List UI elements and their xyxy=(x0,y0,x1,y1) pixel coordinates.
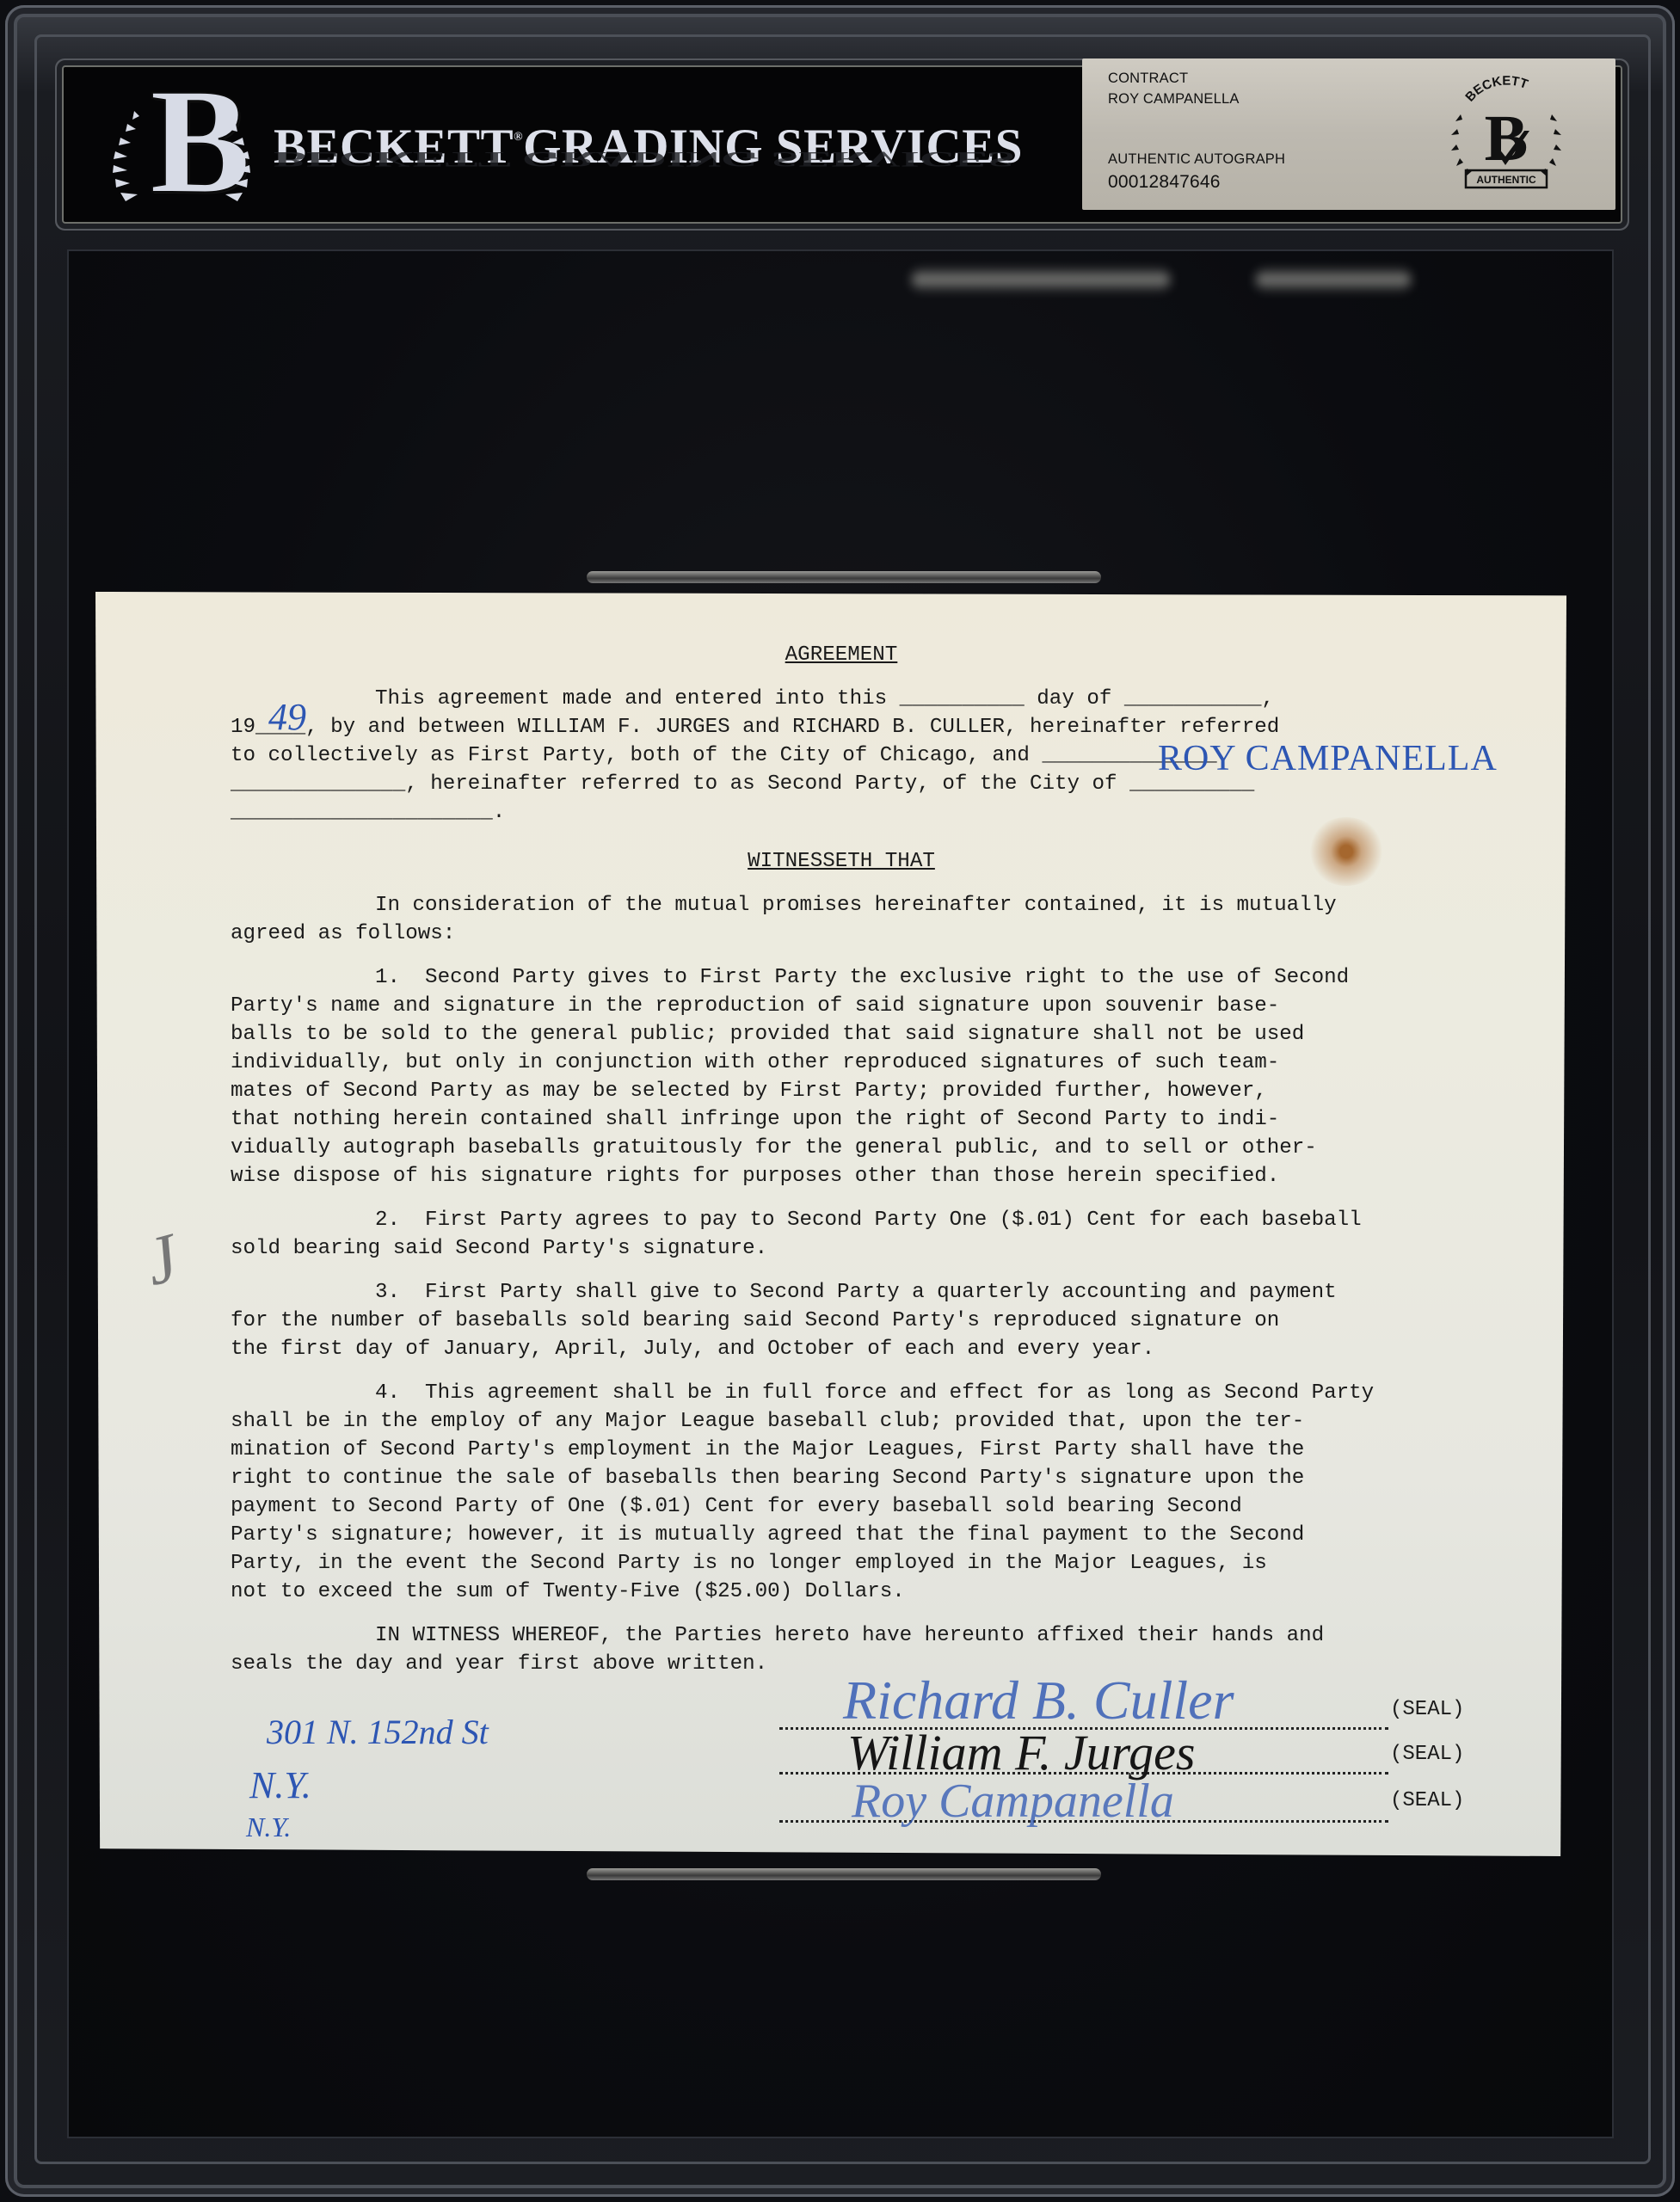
document-clip-top xyxy=(587,571,1101,583)
clause-line: for the number of baseballs sold bearing… xyxy=(231,1307,1486,1335)
consideration-line: In consideration of the mutual promises … xyxy=(231,891,1486,920)
beckett-logo: B xyxy=(105,77,260,215)
seal-label: (SEAL) xyxy=(1390,1743,1464,1766)
item-type: CONTRACT xyxy=(1108,71,1188,87)
laurel-left-icon xyxy=(108,107,143,210)
svg-text:BECKETT: BECKETT xyxy=(1462,74,1529,105)
authentication-label: CONTRACT ROY CAMPANELLA AUTHENTIC AUTOGR… xyxy=(1082,58,1615,210)
clause-line: 3. First Party shall give to Second Part… xyxy=(231,1278,1486,1307)
glare xyxy=(1256,267,1411,292)
clause-line: mates of Second Party as may be selected… xyxy=(231,1077,1486,1105)
signature-richard-culler: Richard B. Culler xyxy=(843,1669,1234,1732)
beckett-authentic-seal-icon: BECKETT B AUTHENTIC xyxy=(1442,67,1571,196)
handwritten-address-3: N.Y. xyxy=(246,1811,291,1843)
seal-label: (SEAL) xyxy=(1390,1789,1464,1812)
contract-text: AGREEMENT This agreement made and entere… xyxy=(231,641,1486,1678)
brand-reflection: BECKETT GRADING SERVICES xyxy=(274,147,1015,172)
handwritten-address-1: 301 N. 152nd St xyxy=(267,1712,489,1752)
clause-line: shall be in the employ of any Major Leag… xyxy=(231,1407,1486,1436)
svg-text:AUTHENTIC: AUTHENTIC xyxy=(1476,174,1536,186)
contract-title: AGREEMENT xyxy=(196,641,1486,669)
clause-line: payment to Second Party of One ($.01) Ce… xyxy=(231,1492,1486,1521)
clause-line: Party, in the event the Second Party is … xyxy=(231,1549,1486,1578)
consideration-line: agreed as follows: xyxy=(231,920,1486,948)
seal-label: (SEAL) xyxy=(1390,1698,1464,1721)
witnesseth-heading: WITNESSETH THAT xyxy=(196,847,1486,876)
handwritten-name: ROY CAMPANELLA xyxy=(1158,738,1498,779)
intro-line: This agreement made and entered into thi… xyxy=(231,685,1486,713)
clause-line: right to continue the sale of baseballs … xyxy=(231,1464,1486,1492)
serial-number: 00012847646 xyxy=(1108,172,1221,193)
handwritten-year: 49 xyxy=(268,695,306,739)
clause-line: 1. Second Party gives to First Party the… xyxy=(231,963,1486,992)
logo-letter: B xyxy=(150,77,215,212)
witness-line: IN WITNESS WHEREOF, the Parties hereto h… xyxy=(231,1621,1486,1650)
clause-line: sold bearing said Second Party's signatu… xyxy=(231,1234,1486,1263)
clause-line: Party's name and signature in the reprod… xyxy=(231,992,1486,1020)
clause-line: balls to be sold to the general public; … xyxy=(231,1020,1486,1049)
document-clip-bottom xyxy=(587,1868,1101,1880)
signature-william-jurges: William F. Jurges xyxy=(847,1724,1195,1781)
clause-line: not to exceed the sum of Twenty-Five ($2… xyxy=(231,1578,1486,1606)
clauses: 1. Second Party gives to First Party the… xyxy=(231,963,1486,1621)
signature-roy-campanella: Roy Campanella xyxy=(852,1774,1174,1829)
clause-line: the first day of January, April, July, a… xyxy=(231,1335,1486,1363)
clause-line: vidually autograph baseballs gratuitousl… xyxy=(231,1134,1486,1162)
player-name: ROY CAMPANELLA xyxy=(1108,91,1240,108)
handwritten-address-2: N.Y. xyxy=(249,1763,311,1807)
clause-line: 4. This agreement shall be in full force… xyxy=(231,1379,1486,1407)
clause-line: that nothing herein contained shall infr… xyxy=(231,1105,1486,1134)
clause-line: 2. First Party agrees to pay to Second P… xyxy=(231,1206,1486,1234)
clause-line: mination of Second Party's employment in… xyxy=(231,1436,1486,1464)
auth-type: AUTHENTIC AUTOGRAPH xyxy=(1108,151,1285,168)
clause-line: wise dispose of his signature rights for… xyxy=(231,1162,1486,1190)
clause-line: individually, but only in conjunction wi… xyxy=(231,1049,1486,1077)
laurel-right-icon xyxy=(220,107,255,210)
glare xyxy=(912,267,1170,292)
clause-line: Party's signature; however, it is mutual… xyxy=(231,1521,1486,1549)
intro-line: _____________________. xyxy=(231,798,1486,827)
